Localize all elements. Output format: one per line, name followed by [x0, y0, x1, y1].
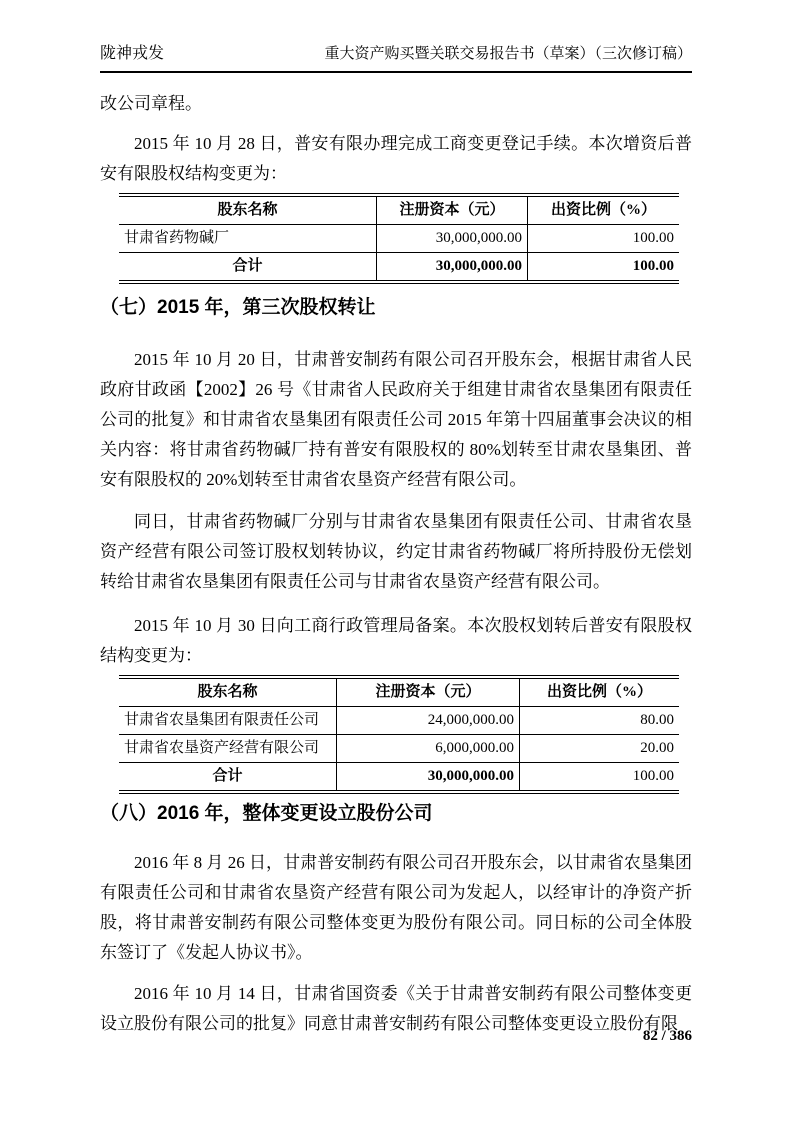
- page-number: 82 / 386: [643, 1028, 692, 1045]
- table-row: 甘肃省药物碱厂 30,000,000.00 100.00: [119, 225, 679, 253]
- table-total-row: 合计 30,000,000.00 100.00: [119, 763, 679, 793]
- table-header-cell: 注册资本（元）: [377, 195, 528, 225]
- header-company-name: 陇神戎发: [100, 44, 164, 64]
- table-row: 甘肃省农垦集团有限责任公司 24,000,000.00 80.00: [119, 707, 679, 735]
- table-cell-total-ratio: 100.00: [520, 763, 680, 793]
- table-cell-ratio: 100.00: [528, 225, 680, 253]
- paragraph-transfer-resolution: 2015 年 10 月 20 日，甘肃普安制药有限公司召开股东会，根据甘肃省人民…: [100, 345, 692, 495]
- table-cell-total-capital: 30,000,000.00: [377, 253, 528, 283]
- table-cell-shareholder: 甘肃省农垦集团有限责任公司: [119, 707, 337, 735]
- table-cell-total-capital: 30,000,000.00: [337, 763, 520, 793]
- section-heading-8: （八）2016 年，整体变更设立股份公司: [100, 801, 692, 826]
- paragraph-filing: 2015 年 10 月 30 日向工商行政管理局备案。本次股权划转后普安有限股权…: [100, 611, 692, 671]
- table-cell-shareholder: 甘肃省药物碱厂: [119, 225, 377, 253]
- table-header-row: 股东名称 注册资本（元） 出资比例（%）: [119, 195, 679, 225]
- table-cell-ratio: 20.00: [520, 735, 680, 763]
- table-header-cell: 股东名称: [119, 195, 377, 225]
- paragraph-transfer-agreement: 同日，甘肃省药物碱厂分别与甘肃省农垦集团有限责任公司、甘肃省农垦资产经营有限公司…: [100, 507, 692, 597]
- table-cell-capital: 24,000,000.00: [337, 707, 520, 735]
- document-page: 陇神戎发 重大资产购买暨关联交易报告书（草案）（三次修订稿） 改公司章程。 20…: [0, 0, 793, 1122]
- table-cell-total-label: 合计: [119, 763, 337, 793]
- paragraph-registration-change: 2015 年 10 月 28 日，普安有限办理完成工商变更登记手续。本次增资后普…: [100, 129, 692, 189]
- header-report-title: 重大资产购买暨关联交易报告书（草案）（三次修订稿）: [324, 44, 692, 64]
- paragraph-joint-stock-conversion: 2016 年 8 月 26 日，甘肃普安制药有限公司召开股东会，以甘肃省农垦集团…: [100, 848, 692, 968]
- shareholding-table-after-transfer: 股东名称 注册资本（元） 出资比例（%） 甘肃省农垦集团有限责任公司 24,00…: [119, 675, 679, 794]
- table-header-cell: 注册资本（元）: [337, 677, 520, 707]
- shareholding-table-after-capital-increase: 股东名称 注册资本（元） 出资比例（%） 甘肃省药物碱厂 30,000,000.…: [119, 193, 679, 284]
- table-cell-capital: 6,000,000.00: [337, 735, 520, 763]
- table-header-cell: 出资比例（%）: [520, 677, 680, 707]
- paragraph-sasac-approval: 2016 年 10 月 14 日，甘肃省国资委《关于甘肃普安制药有限公司整体变更…: [100, 979, 692, 1039]
- table-row: 甘肃省农垦资产经营有限公司 6,000,000.00 20.00: [119, 735, 679, 763]
- paragraph-continuation: 改公司章程。: [100, 89, 692, 119]
- running-header: 陇神戎发 重大资产购买暨关联交易报告书（草案）（三次修订稿）: [100, 44, 692, 73]
- table-cell-total-ratio: 100.00: [528, 253, 680, 283]
- table-cell-capital: 30,000,000.00: [377, 225, 528, 253]
- table-header-row: 股东名称 注册资本（元） 出资比例（%）: [119, 677, 679, 707]
- table-cell-total-label: 合计: [119, 253, 377, 283]
- table-header-cell: 股东名称: [119, 677, 337, 707]
- table-cell-shareholder: 甘肃省农垦资产经营有限公司: [119, 735, 337, 763]
- section-heading-7: （七）2015 年，第三次股权转让: [100, 295, 692, 320]
- table-total-row: 合计 30,000,000.00 100.00: [119, 253, 679, 283]
- table-cell-ratio: 80.00: [520, 707, 680, 735]
- table-header-cell: 出资比例（%）: [528, 195, 680, 225]
